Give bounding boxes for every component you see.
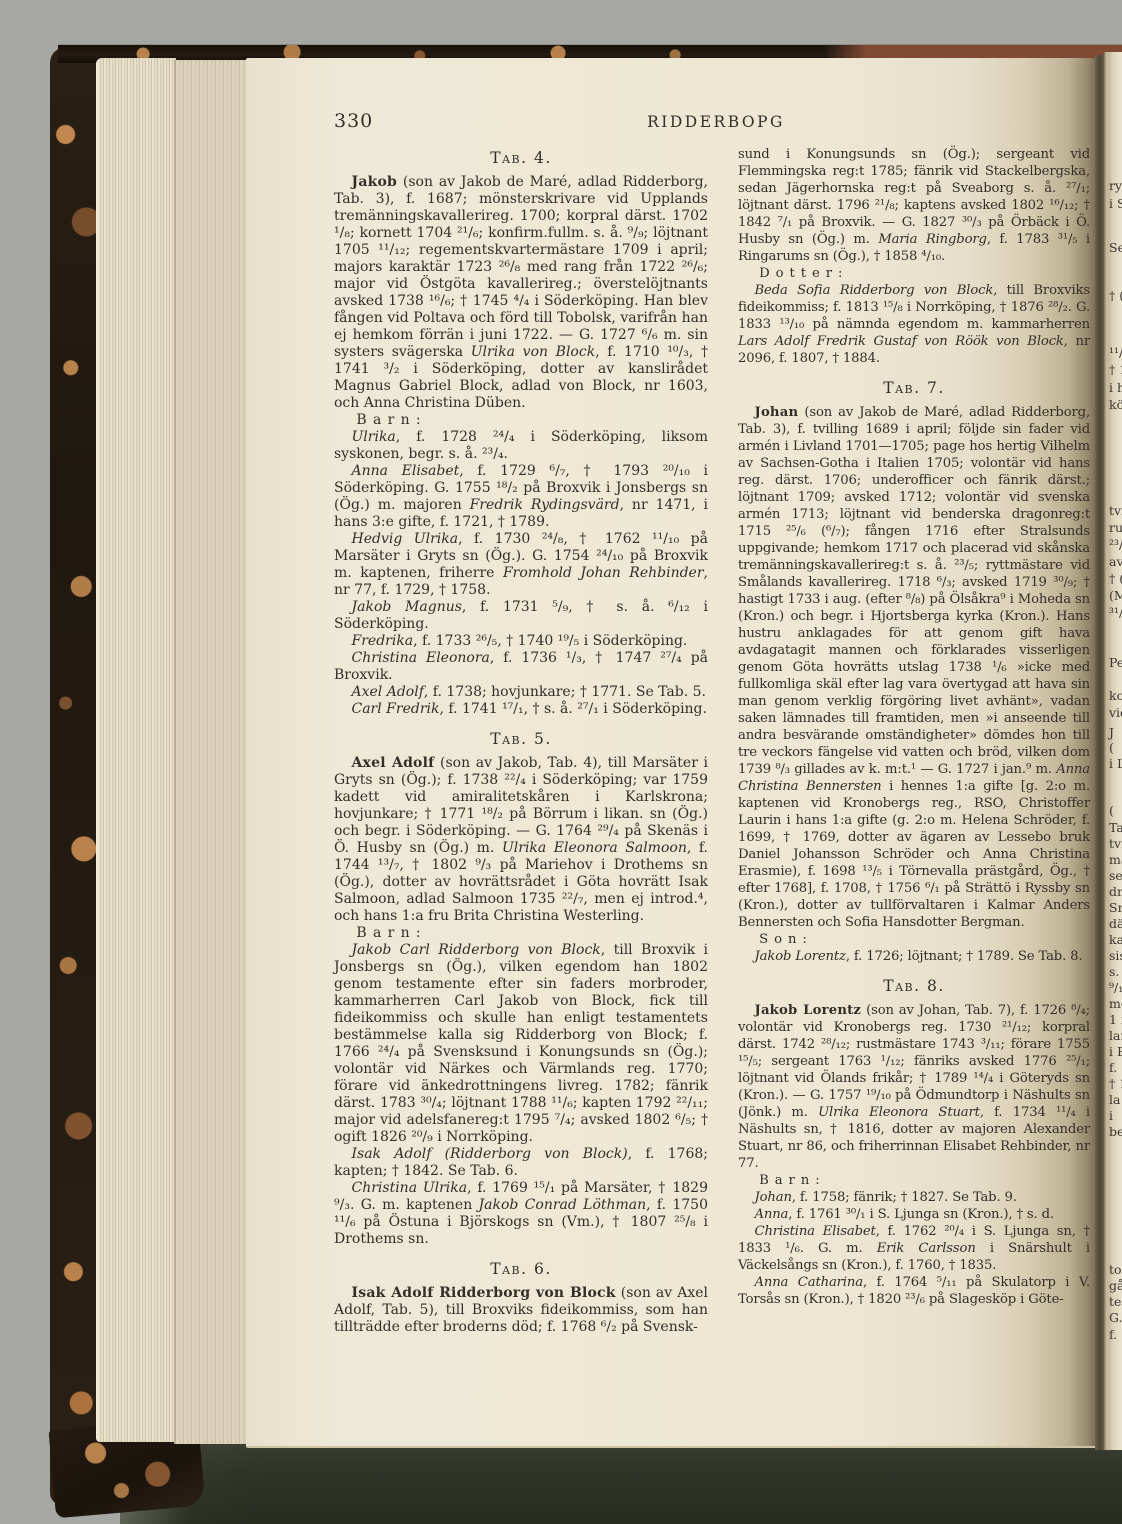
- person-name-bold: Jakob: [352, 174, 398, 190]
- person-name-italic: Fredrika: [352, 633, 414, 649]
- cutoff-text-fragment: tor: [1109, 1262, 1122, 1277]
- children-label: Barn:: [334, 925, 708, 942]
- cutoff-text-fragment: kar: [1109, 932, 1122, 947]
- cutoff-text-fragment: ³¹/₁: [1109, 605, 1122, 620]
- text-paragraph: Axel Adolf (son av Jakob, Tab. 4), till …: [334, 755, 708, 925]
- person-name-italic: Anna Catharina: [755, 1275, 863, 1290]
- text-paragraph: Christina Eleonora, f. 1736 ¹/₃, † 1747 …: [334, 650, 708, 684]
- text-paragraph: Isak Adolf Ridderborg von Block (son av …: [334, 1285, 708, 1336]
- body-text: (son av Jakob de Maré, adlad Ridderborg,…: [738, 405, 1090, 777]
- cutoff-text-fragment: † (: [1109, 571, 1122, 586]
- cutoff-text-fragment: ry: [1109, 178, 1122, 193]
- cutoff-text-fragment: tvi: [1109, 503, 1122, 518]
- children-label: Dotter:: [738, 265, 1090, 282]
- body-text: , f. 1726; löjtnant; † 1789. Se Tab. 8.: [846, 949, 1083, 964]
- cutoff-text-fragment: ¹¹/: [1109, 345, 1122, 360]
- cutoff-text-fragment: i L: [1109, 756, 1122, 771]
- cutoff-text-fragment: ²³/: [1109, 537, 1122, 552]
- body-text: , till Broxvik i Jonsbergs sn (Ög.), vil…: [334, 942, 708, 1145]
- section-heading: Tab. 8.: [738, 978, 1090, 995]
- text-paragraph: Hedvig Ulrika, f. 1730 ²⁴/₈, † 1762 ¹¹/₁…: [334, 531, 708, 599]
- cutoff-text-fragment: sek: [1109, 868, 1122, 883]
- cutoff-text-fragment: J: [1109, 725, 1114, 740]
- cutoff-text-fragment: s.: [1109, 964, 1119, 979]
- cutoff-text-fragment: kö: [1109, 397, 1122, 412]
- cutoff-text-fragment: f. 1: [1109, 1060, 1122, 1075]
- person-name-bold: Isak Adolf Ridderborg von Block: [352, 1285, 616, 1301]
- person-name-italic: Lars Adolf Fredrik Gustaf von Röök von B…: [738, 334, 1064, 349]
- text-paragraph: sund i Konungsunds sn (Ög.); sergeant vi…: [738, 146, 1090, 265]
- text-paragraph: Ulrika, f. 1728 ²⁴/₄ i Söderköping, liks…: [334, 429, 708, 463]
- children-label: Barn:: [738, 1172, 1090, 1189]
- text-paragraph: Anna, f. 1761 ³⁰/₁ i S. Ljunga sn (Kron.…: [738, 1206, 1090, 1223]
- cutoff-text-fragment: sist: [1109, 948, 1122, 963]
- person-name-italic: Christina Elisabet: [755, 1224, 876, 1239]
- person-name-italic: Hedvig Ulrika: [352, 531, 459, 547]
- facing-page-sliver-text: ryi SSe† (¹¹/† 1i hkötvirus²³/avs† ((M³¹…: [1104, 52, 1122, 1450]
- body-text: , f. 1741 ¹⁷/₁, † s. å. ²⁷/₁ i Söderköpi…: [440, 701, 707, 717]
- cutoff-text-fragment: me: [1109, 996, 1122, 1011]
- section-heading: Tab. 6.: [334, 1261, 708, 1278]
- cutoff-text-fragment: 1 f: [1109, 1012, 1122, 1027]
- text-paragraph: Isak Adolf (Ridderborg von Block), f. 17…: [334, 1146, 708, 1180]
- book-cover-left-edge: [50, 47, 102, 1505]
- person-name-italic: Jakob Lorentz: [755, 949, 846, 964]
- book-bottom-shadow: [120, 1441, 1122, 1524]
- cutoff-text-fragment: Ta: [1109, 820, 1122, 835]
- cutoff-text-fragment: la: [1109, 1092, 1120, 1107]
- person-name-italic: Axel Adolf: [352, 684, 424, 700]
- cutoff-text-fragment: vid: [1109, 705, 1122, 720]
- person-name-italic: Ulrika: [352, 429, 396, 445]
- text-paragraph: Axel Adolf, f. 1738; hovjunkare; † 1771.…: [334, 684, 708, 701]
- section-heading: Tab. 5.: [334, 731, 708, 748]
- person-name-italic: Christina Ulrika: [352, 1180, 468, 1196]
- cutoff-text-fragment: † 1: [1109, 1076, 1122, 1091]
- body-text: , f. 1758; fänrik; † 1827. Se Tab. 9.: [792, 1190, 1017, 1205]
- text-paragraph: Carl Fredrik, f. 1741 ¹⁷/₁, † s. å. ²⁷/₁…: [334, 701, 708, 718]
- cutoff-text-fragment: mä: [1109, 852, 1122, 867]
- page-stack-fore-edge: [96, 58, 176, 1442]
- cutoff-text-fragment: f. 1: [1109, 1327, 1122, 1342]
- cutoff-text-fragment: rus: [1109, 520, 1122, 535]
- person-name-italic: Ulrika Eleonora Salmoon: [502, 840, 687, 856]
- person-name-italic: Johan: [755, 1190, 792, 1205]
- children-label: Son:: [738, 931, 1090, 948]
- text-column-right: sund i Konungsunds sn (Ög.); sergeant vi…: [738, 146, 1090, 1308]
- person-name-italic: Fromhold Johan Rehbinder: [503, 565, 704, 581]
- text-paragraph: Christina Elisabet, f. 1762 ²⁰/₄ i S. Lj…: [738, 1223, 1090, 1274]
- page-stack-inner-edge: [174, 60, 248, 1444]
- cutoff-text-fragment: † (: [1109, 288, 1122, 303]
- person-name-italic: Ulrika von Block: [471, 344, 595, 360]
- cutoff-text-fragment: Sm: [1109, 900, 1122, 915]
- text-paragraph: Jakob Carl Ridderborg von Block, till Br…: [334, 942, 708, 1146]
- person-name-italic: Anna: [755, 1207, 789, 1222]
- person-name-italic: Erik Carlsson: [877, 1241, 976, 1256]
- body-text: i hennes 1:a gifte [g. 2:o m. kaptenen v…: [738, 779, 1090, 930]
- cutoff-text-fragment: (M: [1109, 588, 1122, 603]
- cutoff-text-fragment: i: [1109, 1108, 1113, 1123]
- text-paragraph: Jakob Magnus, f. 1731 ⁵/₉, † s. å. ⁶/₁₂ …: [334, 599, 708, 633]
- text-paragraph: Jakob Lorentz, f. 1726; löjtnant; † 1789…: [738, 948, 1090, 965]
- cutoff-text-fragment: † 1: [1109, 362, 1122, 377]
- section-heading: Tab. 4.: [334, 150, 708, 167]
- person-name-italic: Ulrika Eleonora Stuart: [818, 1105, 980, 1120]
- text-paragraph: Anna Elisabet, f. 1729 ⁶/₇, † 1793 ²⁰/₁₀…: [334, 463, 708, 531]
- text-paragraph: Johan, f. 1758; fänrik; † 1827. Se Tab. …: [738, 1189, 1090, 1206]
- text-column-left: Tab. 4.Jakob (son av Jakob de Maré, adla…: [334, 150, 708, 1336]
- cutoff-text-fragment: dra: [1109, 884, 1122, 899]
- text-paragraph: Jakob (son av Jakob de Maré, adlad Ridde…: [334, 174, 708, 412]
- person-name-italic: Fredrik Rydingsvärd: [470, 497, 620, 513]
- cutoff-text-fragment: avs: [1109, 554, 1122, 569]
- person-name-italic: Beda Sofia Ridderborg von Block: [755, 283, 994, 298]
- person-name-italic: Christina Eleonora: [352, 650, 490, 666]
- cutoff-text-fragment: (: [1109, 803, 1114, 818]
- book-photo-scene: 330 RIDDERBOPG Tab. 4.Jakob (son av Jako…: [0, 0, 1122, 1524]
- open-book-page: 330 RIDDERBOPG Tab. 4.Jakob (son av Jako…: [246, 58, 1095, 1448]
- text-paragraph: Christina Ulrika, f. 1769 ¹⁵/₁ på Marsät…: [334, 1180, 708, 1248]
- cutoff-text-fragment: beg: [1109, 1124, 1122, 1139]
- cutoff-text-fragment: i h: [1109, 380, 1122, 395]
- cutoff-text-fragment: tvi: [1109, 836, 1122, 851]
- text-paragraph: Beda Sofia Ridderborg von Block, till Br…: [738, 282, 1090, 367]
- person-name-italic: Isak Adolf (Ridderborg von Block): [352, 1146, 628, 1162]
- children-label: Barn:: [334, 412, 708, 429]
- cutoff-text-fragment: Pet: [1109, 655, 1122, 670]
- person-name-italic: Maria Ringborg: [878, 232, 987, 247]
- running-title: RIDDERBOPG: [356, 113, 1076, 131]
- body-text: , f. 1733 ²⁶/₅, † 1740 ¹⁹/₅ i Söderköpin…: [413, 633, 687, 649]
- body-text: , f. 1738; hovjunkare; † 1771. Se Tab. 5…: [424, 684, 706, 700]
- cutoff-text-fragment: kor: [1109, 688, 1122, 703]
- text-paragraph: Fredrika, f. 1733 ²⁶/₅, † 1740 ¹⁹/₅ i Sö…: [334, 633, 708, 650]
- text-paragraph: Anna Catharina, f. 1764 ⁵/₁₁ på Skulator…: [738, 1274, 1090, 1308]
- section-heading: Tab. 7.: [738, 380, 1090, 397]
- person-name-bold: Axel Adolf: [352, 755, 435, 771]
- book-gutter: [1095, 55, 1104, 1450]
- cutoff-text-fragment: dän: [1109, 916, 1122, 931]
- cutoff-text-fragment: G.: [1109, 1310, 1122, 1325]
- person-name-italic: Carl Fredrik: [352, 701, 440, 717]
- body-text: (son av Johan, Tab. 7), f. 1726 ⁸/₄; vol…: [738, 1003, 1090, 1120]
- person-name-italic: Jakob Carl Ridderborg von Block: [352, 942, 601, 958]
- body-text: , f. 1761 ³⁰/₁ i S. Ljunga sn (Kron.), †…: [788, 1207, 1054, 1222]
- cutoff-text-fragment: i B: [1109, 1044, 1122, 1059]
- cutoff-text-fragment: lan: [1109, 1028, 1122, 1043]
- cutoff-text-fragment: (: [1109, 740, 1114, 755]
- person-name-italic: Jakob Magnus: [352, 599, 462, 615]
- person-name-italic: Jakob Conrad Löthman: [479, 1197, 647, 1213]
- cutoff-text-fragment: ⁹/₁: [1109, 980, 1122, 995]
- cutoff-text-fragment: i S: [1109, 196, 1122, 211]
- body-text: (son av Jakob de Maré, adlad Ridderborg,…: [334, 174, 708, 360]
- cutoff-text-fragment: te: [1109, 1294, 1121, 1309]
- text-paragraph: Johan (son av Jakob de Maré, adlad Ridde…: [738, 404, 1090, 931]
- person-name-italic: Anna Elisabet: [352, 463, 460, 479]
- person-name-bold: Johan: [755, 405, 799, 420]
- person-name-bold: Jakob Lorentz: [755, 1003, 862, 1018]
- cutoff-text-fragment: Se: [1109, 240, 1122, 255]
- cutoff-text-fragment: gå: [1109, 1278, 1122, 1293]
- text-paragraph: Jakob Lorentz (son av Johan, Tab. 7), f.…: [738, 1002, 1090, 1172]
